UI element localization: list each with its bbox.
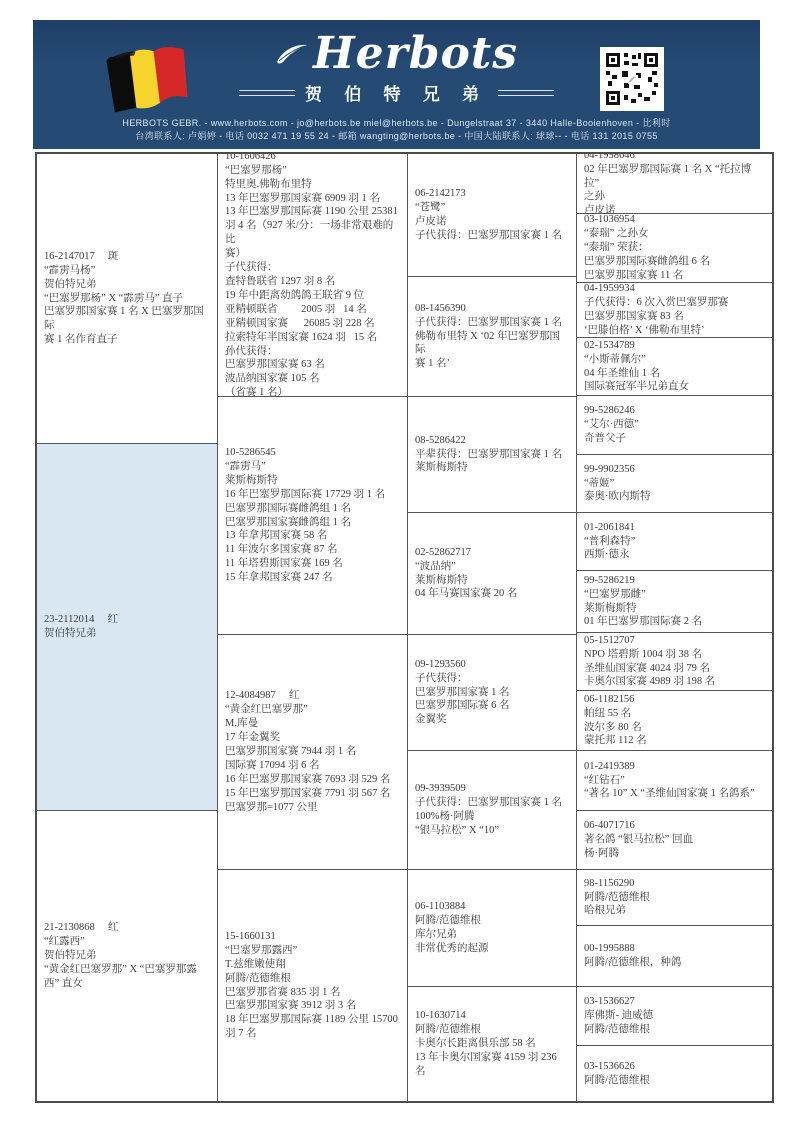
generation-4-column: 04-1958646 02 年巴塞罗那国际赛 1 名 X “托拉博拉” 之孙 卢… — [576, 154, 772, 1101]
generation-3-column: 06-2142173 “苍鹭” 卢皮诺 子代获得：巴塞罗那国家赛 1 名 08-… — [407, 154, 576, 1101]
generation-1-column: 16-2147017 斑 “霹雳马杨” 贺伯特兄弟 “巴塞罗那杨” X “霹雳马… — [37, 154, 217, 1101]
pedigree-cell-gen4-14: 00-1995888 阿腾/范德维根，种鸽 — [577, 925, 772, 986]
pedigree-cell-gen2-2: 10-5286545 “霹雳马” 莱斯梅斯特 16 年巴塞罗那国际赛 17729… — [218, 396, 407, 634]
pedigree-cell-gen4-16: 03-1536626 阿腾/范德维根 — [577, 1045, 772, 1101]
pedigree-document: Herbots 贺 伯 特 兄 弟 — [0, 0, 793, 1122]
pedigree-cell-gen4-12: 06-4071716 著名鸽 “银马拉松” 回血 杨·阿腾 — [577, 810, 772, 869]
pedigree-cell-gen3-5: 09-1293560 子代获得： 巴塞罗那国家赛 1 名 巴塞罗那国际赛 6 名… — [408, 634, 576, 750]
pedigree-cell-gen2-3: 12-4084987 红 “黄金红巴塞罗那” M.库曼 17 年金翼奖 巴塞罗那… — [218, 634, 407, 869]
pedigree-cell-gen4-7: 01-2061841 “普利森特” 西斯·德永 — [577, 512, 772, 570]
pedigree-cell-gen4-6: 99-9902356 “蒂姬” 泰奥·欧内斯特 — [577, 454, 772, 512]
pedigree-cell-gen1-3: 21-2130868 红 “红露西” 贺伯特兄弟 “黄金红巴塞罗那” X “巴塞… — [37, 810, 217, 1101]
pedigree-cell-gen3-6: 09-3939509 子代获得：巴塞罗那国家赛 1 名 100%杨·阿腾 “银马… — [408, 750, 576, 869]
pedigree-cell-gen4-11: 01-2419389 “红钻石” “著名 10” X “圣维仙国家赛 1 名鸽系… — [577, 750, 772, 810]
contact-block: HERBOTS GEBR. - www.herbots.com - jo@her… — [33, 117, 760, 143]
feather-icon — [275, 42, 309, 66]
pedigree-cell-gen4-10: 06-1182156 帕纽 55 名 波尔多 80 名 蒙托邦 112 名 — [577, 690, 772, 750]
contact-line-2: 台湾联系人: 卢娟婷 - 电话 0032 471 19 55 24 - 邮箱 w… — [33, 130, 760, 143]
pedigree-cell-gen2-4: 15-1660131 “巴塞罗那露西” T.兹维嫩使翔 阿腾/范德维根 巴塞罗那… — [218, 869, 407, 1101]
pedigree-cell-gen4-4: 02-1534789 “小斯蒂佩尔” 04 年圣维仙 1 名 国际赛冠军半兄弟直… — [577, 337, 772, 395]
herbots-logo: Herbots 贺 伯 特 兄 弟 — [227, 30, 567, 105]
brand-name: Herbots — [313, 30, 518, 78]
pedigree-cell-gen1-2: 23-2112014 红 贺伯特兄弟 — [37, 443, 217, 810]
pedigree-cell-gen1-1: 16-2147017 斑 “霹雳马杨” 贺伯特兄弟 “巴塞罗那杨” X “霹雳马… — [37, 154, 217, 443]
pedigree-cell-gen3-2: 08-1456390 子代获得：巴塞罗那国家赛 1 名 佛勒布里特 X ‘02 … — [408, 276, 576, 396]
pedigree-cell-gen4-1: 04-1958646 02 年巴塞罗那国际赛 1 名 X “托拉博拉” 之孙 卢… — [577, 154, 772, 213]
decor-line-right — [498, 90, 554, 96]
qr-code — [600, 47, 664, 111]
pedigree-cell-gen4-5: 99-5286246 “艾尔·西德” 奇普父子 — [577, 395, 772, 454]
belgian-flag-icon — [103, 44, 195, 114]
pedigree-cell-gen3-8: 10-1630714 阿腾/范德维根 卡奥尔长距离俱乐部 58 名 13 年卡奥… — [408, 986, 576, 1101]
pedigree-cell-gen4-13: 98-1156290 阿腾/范德维根 哈根兄弟 — [577, 869, 772, 925]
pedigree-cell-gen3-3: 08-5286422 平辈获得：巴塞罗那国家赛 1 名 莱斯梅斯特 — [408, 396, 576, 512]
header-banner: Herbots 贺 伯 特 兄 弟 — [33, 20, 760, 149]
brand-name-cn: 贺 伯 特 兄 弟 — [305, 80, 488, 105]
pedigree-cell-gen4-3: 04-1959934 子代获得：6 次入赏巴塞罗那赛 巴塞罗那国家赛 83 名 … — [577, 282, 772, 337]
pedigree-cell-gen4-9: 05-1512707 NPO 塔碧斯 1004 羽 38 名 圣维仙国家赛 40… — [577, 632, 772, 690]
pedigree-cell-gen4-15: 03-1536627 库佛斯- 迪威德 阿腾/范德维根 — [577, 986, 772, 1045]
pedigree-cell-gen3-4: 02-52862717 “波品纳” 莱斯梅斯特 04 年马赛国家赛 20 名 — [408, 512, 576, 634]
pedigree-cell-gen3-7: 06-1103884 阿腾/范德维根 库尔兄弟 非常优秀的起源 — [408, 869, 576, 986]
pedigree-cell-gen2-1: 10-1606426 “巴塞罗那杨” 特里奥.佛勒布里特 13 年巴塞罗那国家赛… — [218, 154, 407, 396]
pedigree-table: 16-2147017 斑 “霹雳马杨” 贺伯特兄弟 “巴塞罗那杨” X “霹雳马… — [35, 152, 774, 1103]
pedigree-cell-gen3-1: 06-2142173 “苍鹭” 卢皮诺 子代获得：巴塞罗那国家赛 1 名 — [408, 154, 576, 276]
decor-line-left — [239, 90, 295, 96]
pedigree-cell-gen4-2: 03-1036954 “泰瑞” 之孙女 “泰瑞” 荣获： 巴塞罗那国际赛雌鸽组 … — [577, 213, 772, 282]
pedigree-cell-gen4-8: 99-5286219 “巴塞罗那雌” 莱斯梅斯特 01 年巴塞罗那国际赛 2 名 — [577, 570, 772, 632]
generation-2-column: 10-1606426 “巴塞罗那杨” 特里奥.佛勒布里特 13 年巴塞罗那国家赛… — [217, 154, 407, 1101]
contact-line-1: HERBOTS GEBR. - www.herbots.com - jo@her… — [33, 117, 760, 130]
